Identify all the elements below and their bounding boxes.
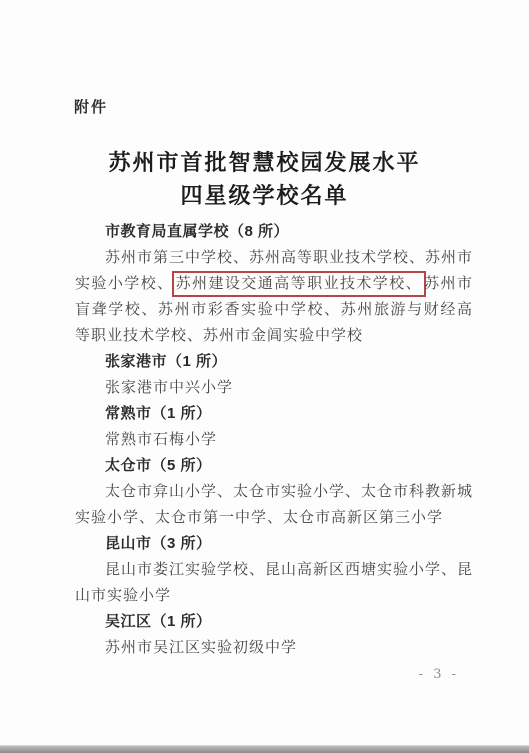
section-body: 太仓市弇山小学、太仓市实验小学、太仓市科教新城实验小学、太仓市第一中学、太仓市高… <box>75 479 473 531</box>
red-highlight-box: 苏州建设交通高等职业技术学校、 <box>172 271 427 297</box>
section-heading: 张家港市（1 所） <box>75 349 473 375</box>
section-heading: 太仓市（5 所） <box>75 453 473 479</box>
attachment-label: 附件 <box>74 96 108 117</box>
section-kunshan: 昆山市（3 所） 昆山市娄江实验学校、昆山高新区西塘实验小学、昆山市实验小学 <box>75 531 473 609</box>
section-taicang: 太仓市（5 所） 太仓市弇山小学、太仓市实验小学、太仓市科教新城实验小学、太仓市… <box>75 453 473 531</box>
page-number: - 3 - <box>419 667 459 682</box>
section-body: 常熟市石梅小学 <box>75 427 473 453</box>
document-title: 苏州市首批智慧校园发展水平 四星级学校名单 <box>0 146 529 212</box>
document-page: 附件 苏州市首批智慧校园发展水平 四星级学校名单 市教育局直属学校（8 所） 苏… <box>0 0 529 753</box>
highlighted-school-name: 苏州建设交通高等职业技术学校、 <box>176 276 423 292</box>
section-heading: 吴江区（1 所） <box>75 609 473 635</box>
section-heading: 市教育局直属学校（8 所） <box>75 219 473 245</box>
section-heading: 昆山市（3 所） <box>75 531 473 557</box>
section-wujiang: 吴江区（1 所） 苏州市吴江区实验初级中学 <box>75 609 473 661</box>
scan-edge-bar <box>0 745 529 753</box>
section-changshu: 常熟市（1 所） 常熟市石梅小学 <box>75 401 473 453</box>
title-line-1: 苏州市首批智慧校园发展水平 <box>0 146 529 179</box>
title-line-2: 四星级学校名单 <box>0 179 529 212</box>
section-heading: 常熟市（1 所） <box>75 401 473 427</box>
section-body: 张家港市中兴小学 <box>75 375 473 401</box>
section-city-direct: 市教育局直属学校（8 所） 苏州市第三中学校、苏州高等职业技术学校、苏州市实验小… <box>75 219 473 349</box>
school-list: 市教育局直属学校（8 所） 苏州市第三中学校、苏州高等职业技术学校、苏州市实验小… <box>75 219 473 661</box>
section-body: 苏州市第三中学校、苏州高等职业技术学校、苏州市实验小学校、苏州建设交通高等职业技… <box>75 245 473 349</box>
section-body: 昆山市娄江实验学校、昆山高新区西塘实验小学、昆山市实验小学 <box>75 557 473 609</box>
section-zhangjiagang: 张家港市（1 所） 张家港市中兴小学 <box>75 349 473 401</box>
section-body: 苏州市吴江区实验初级中学 <box>75 635 473 661</box>
